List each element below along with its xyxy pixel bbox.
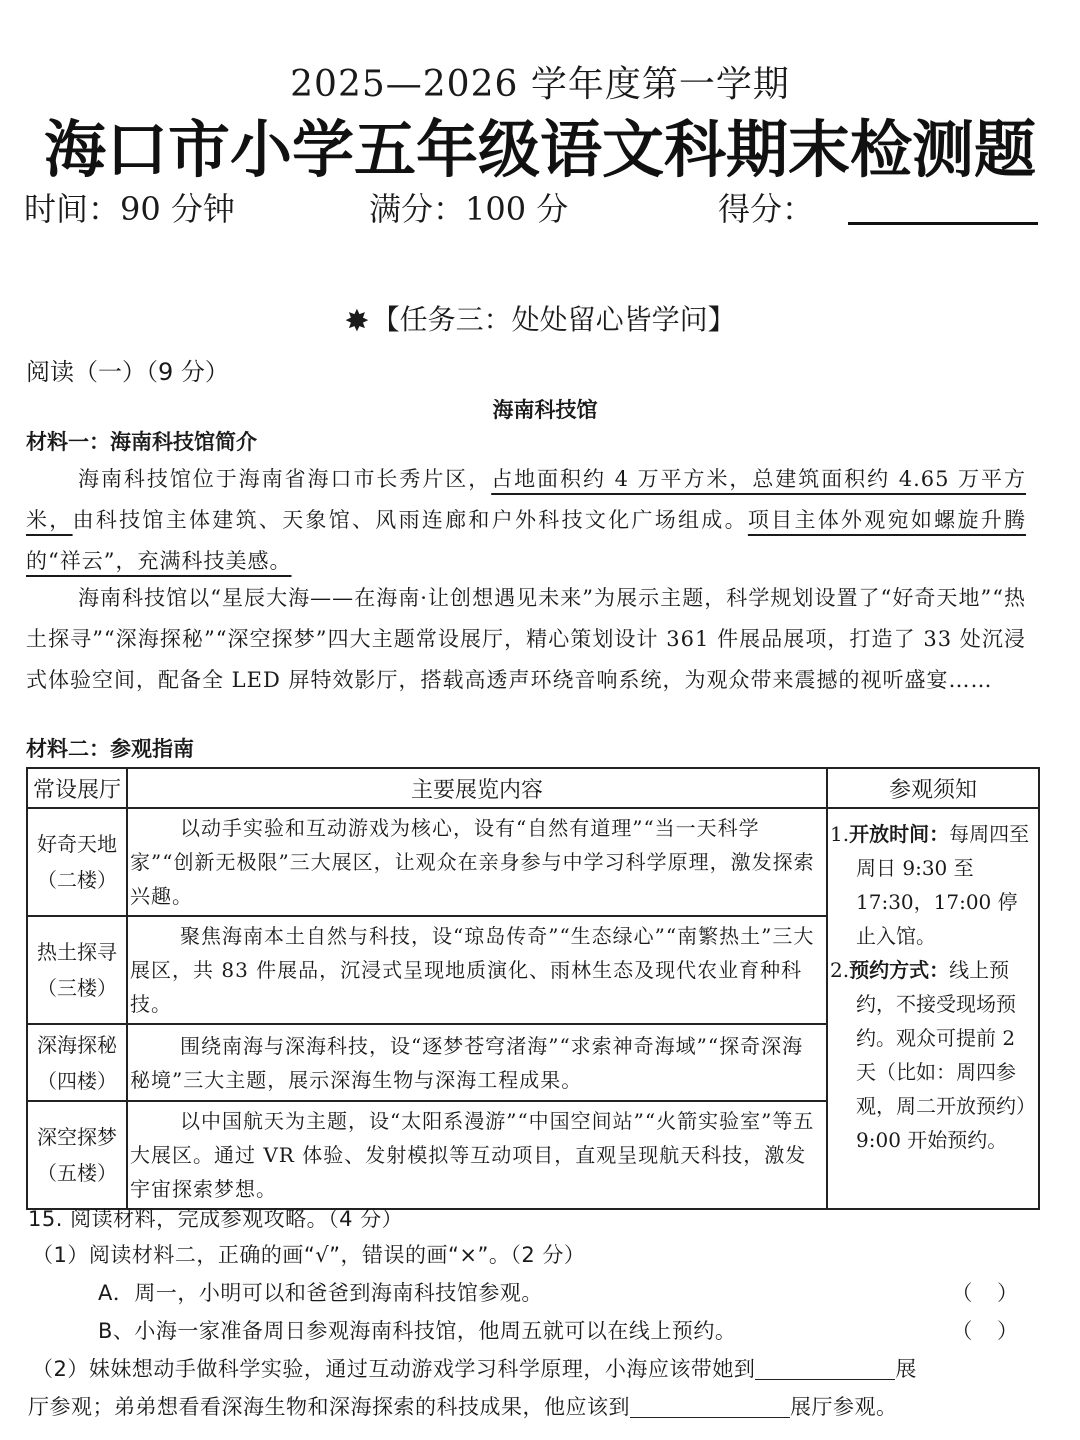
q15-2-text-2: 展 [895, 1357, 917, 1381]
para1-text: 海南科技馆位于海南省海口市长秀片区， [78, 467, 491, 491]
score-blank[interactable] [848, 222, 1038, 225]
q15-2-text-1: （2）妹妹想动手做科学实验，通过互动游戏学习科学原理，小海应该带她到 [32, 1357, 755, 1381]
hall-name: 热土探寻 [28, 934, 126, 970]
hall-cell: 深海探秘 （四楼） [27, 1024, 127, 1101]
article-title: 海南科技馆 [0, 394, 1080, 424]
content-cell: 围绕南海与深海科技，设“逐梦苍穹渚海”“求索神奇海域”“探奇深海秘境”三大主题，… [127, 1024, 827, 1101]
task-title: ✸【任务三：处处留心皆学问】 [0, 298, 1080, 339]
hall-floor: （三楼） [28, 970, 126, 1006]
fill-blank-hall-1[interactable] [755, 1357, 895, 1380]
answer-blank-b[interactable]: （ ） [951, 1315, 1018, 1345]
hall-name: 深海探秘 [28, 1027, 126, 1063]
table-row: 好奇天地 （二楼） 以动手实验和互动游戏为核心，设有“自然有道理”“当一天科学家… [27, 808, 1039, 916]
hall-floor: （二楼） [28, 862, 126, 898]
material1-heading: 材料一：海南科技馆简介 [26, 426, 257, 456]
content-cell: 聚焦海南本土自然与科技，设“琼岛传奇”“生态绿心”“南繁热土”三大展区，共 83… [127, 916, 827, 1024]
hall-cell: 好奇天地 （二楼） [27, 808, 127, 916]
header-hall: 常设展厅 [27, 768, 127, 808]
note-booking-method: 2.预约方式：线上预约，不接受现场预约。观众可提前 2 天（比如：周四参观，周二… [830, 953, 1034, 1157]
task-title-text: 【任务三：处处留心皆学问】 [372, 303, 736, 336]
header-notes: 参观须知 [827, 768, 1039, 808]
hall-name: 好奇天地 [28, 826, 126, 862]
material1-para1: 海南科技馆位于海南省海口市长秀片区，占地面积约 4 万平方米，总建筑面积约 4.… [26, 459, 1026, 582]
time-limit: 时间：90 分钟 [24, 184, 235, 230]
hall-floor: （五楼） [28, 1155, 126, 1191]
material1-para2: 海南科技馆以“星辰大海——在海南·让创想遇见未来”为展示主题，科学规划设置了“好… [26, 578, 1026, 701]
question-15: 15. 阅读材料，完成参观攻略。（4 分） [28, 1203, 403, 1233]
q15-2-text-4: 展厅参观。 [790, 1395, 898, 1419]
hall-name: 深空探梦 [28, 1119, 126, 1155]
content-cell: 以动手实验和互动游戏为核心，设有“自然有道理”“当一天科学家”“创新无极限”三大… [127, 808, 827, 916]
reading-heading: 阅读（一）（9 分） [26, 352, 229, 387]
full-score: 满分：100 分 [369, 184, 568, 230]
star-burst-icon: ✸ [344, 304, 369, 339]
header-content: 主要展览内容 [127, 768, 827, 808]
note-opening-hours: 1.开放时间：每周四至周日 9:30 至 17:30，17:00 停止入馆。 [830, 817, 1034, 953]
question-15-1-a: A．周一，小明可以和爸爸到海南科技馆参观。 [98, 1277, 543, 1307]
visit-notes-cell: 1.开放时间：每周四至周日 9:30 至 17:30，17:00 停止入馆。 2… [827, 808, 1039, 1209]
answer-blank-a[interactable]: （ ） [951, 1277, 1018, 1307]
hall-cell: 深空探梦 （五楼） [27, 1101, 127, 1209]
exam-meta: 时间：90 分钟 满分：100 分 得分： [24, 184, 1044, 230]
content-cell: 以中国航天为主题，设“太阳系漫游”“中国空间站”“火箭实验室”等五大展区。通过 … [127, 1101, 827, 1209]
question-15-1-b: B、小海一家准备周日参观海南科技馆，他周五就可以在线上预约。 [98, 1315, 736, 1345]
para1-text-mid: 由科技馆主体建筑、天象馆、风雨连廊和户外科技文化广场组成。 [73, 508, 748, 532]
score-label: 得分： [718, 184, 814, 230]
question-15-2-line2: 厅参观；弟弟想看看深海生物和深海探索的科技成果，他应该到展厅参观。 [28, 1391, 1038, 1421]
table-header-row: 常设展厅 主要展览内容 参观须知 [27, 768, 1039, 808]
question-15-2-line1: （2）妹妹想动手做科学实验，通过互动游戏学习科学原理，小海应该带她到展 [32, 1353, 1042, 1383]
q15-2-text-3: 厅参观；弟弟想看看深海生物和深海探索的科技成果，他应该到 [28, 1395, 630, 1419]
hall-cell: 热土探寻 （三楼） [27, 916, 127, 1024]
exam-title: 海口市小学五年级语文科期末检测题 [0, 100, 1080, 189]
hall-floor: （四楼） [28, 1063, 126, 1099]
fill-blank-hall-2[interactable] [630, 1395, 790, 1418]
question-15-1: （1）阅读材料二，正确的画“√”，错误的画“×”。（2 分） [32, 1239, 585, 1269]
material2-heading: 材料二：参观指南 [26, 733, 194, 763]
visit-guide-table: 常设展厅 主要展览内容 参观须知 好奇天地 （二楼） 以动手实验和互动游戏为核心… [26, 767, 1040, 1210]
